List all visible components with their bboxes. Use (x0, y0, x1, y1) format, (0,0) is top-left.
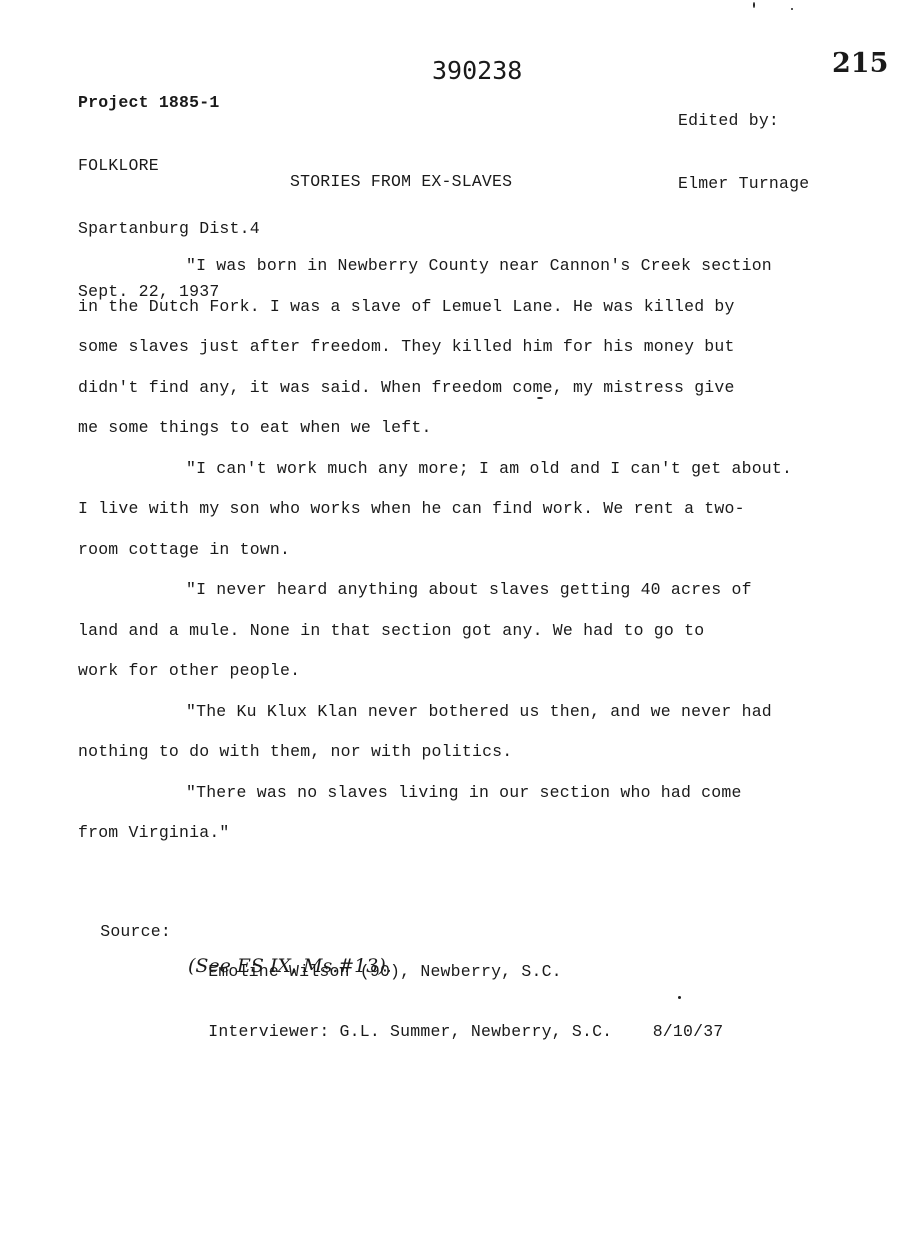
paragraph: "I can't work much any more; I am old an… (78, 449, 878, 571)
text-line: I live with my son who works when he can… (78, 489, 878, 530)
paragraph: "There was no slaves living in our secti… (78, 773, 878, 854)
text-line: room cottage in town. (78, 530, 878, 571)
paragraph: "The Ku Klux Klan never bothered us then… (78, 692, 878, 773)
paragraph: "I never heard anything about slaves get… (78, 570, 878, 692)
text-line: "I can't work much any more; I am old an… (78, 449, 878, 490)
project-number: Project 1885-1 (78, 92, 260, 113)
handwritten-note: (See ES IX, Ms.#13). (188, 955, 392, 977)
text-line: "I was born in Newberry County near Cann… (78, 246, 878, 287)
collection-name: FOLKLORE (78, 155, 260, 176)
text-line: some slaves just after freedom. They kil… (78, 327, 878, 368)
text-line: nothing to do with them, nor with politi… (78, 732, 878, 773)
scan-mark (791, 8, 793, 10)
editor-name: Elmer Turnage (678, 173, 809, 194)
text-line: from Virginia." (78, 813, 878, 854)
text-line: "I never heard anything about slaves get… (78, 570, 878, 611)
source-block: Source: Emoline Wilson (90), Newberry, S… (80, 902, 723, 1082)
editor-label: Edited by: (678, 110, 809, 131)
text-line: didn't find any, it was said. When freed… (78, 368, 878, 409)
page-number: 215 (832, 48, 888, 79)
editor-block: Edited by: Elmer Turnage (678, 68, 809, 215)
scan-mark (537, 397, 543, 399)
text-line: me some things to eat when we left. (78, 408, 878, 449)
text-line: work for other people. (78, 651, 878, 692)
text-line: in the Dutch Fork. I was a slave of Lemu… (78, 287, 878, 328)
text-line: land and a mule. None in that section go… (78, 611, 878, 652)
text-line: "There was no slaves living in our secti… (78, 773, 878, 814)
scan-mark (678, 996, 681, 999)
source-label: Source: (100, 922, 208, 942)
scan-mark (753, 2, 755, 8)
paragraph: "I was born in Newberry County near Cann… (78, 246, 878, 449)
district: Spartanburg Dist.4 (78, 218, 260, 239)
document-body: "I was born in Newberry County near Cann… (78, 246, 878, 854)
interviewer: Interviewer: G.L. Summer, Newberry, S.C.… (208, 1022, 723, 1042)
text-line: "The Ku Klux Klan never bothered us then… (78, 692, 878, 733)
document-number: 390238 (432, 56, 522, 85)
document-title: STORIES FROM EX-SLAVES (290, 172, 512, 191)
